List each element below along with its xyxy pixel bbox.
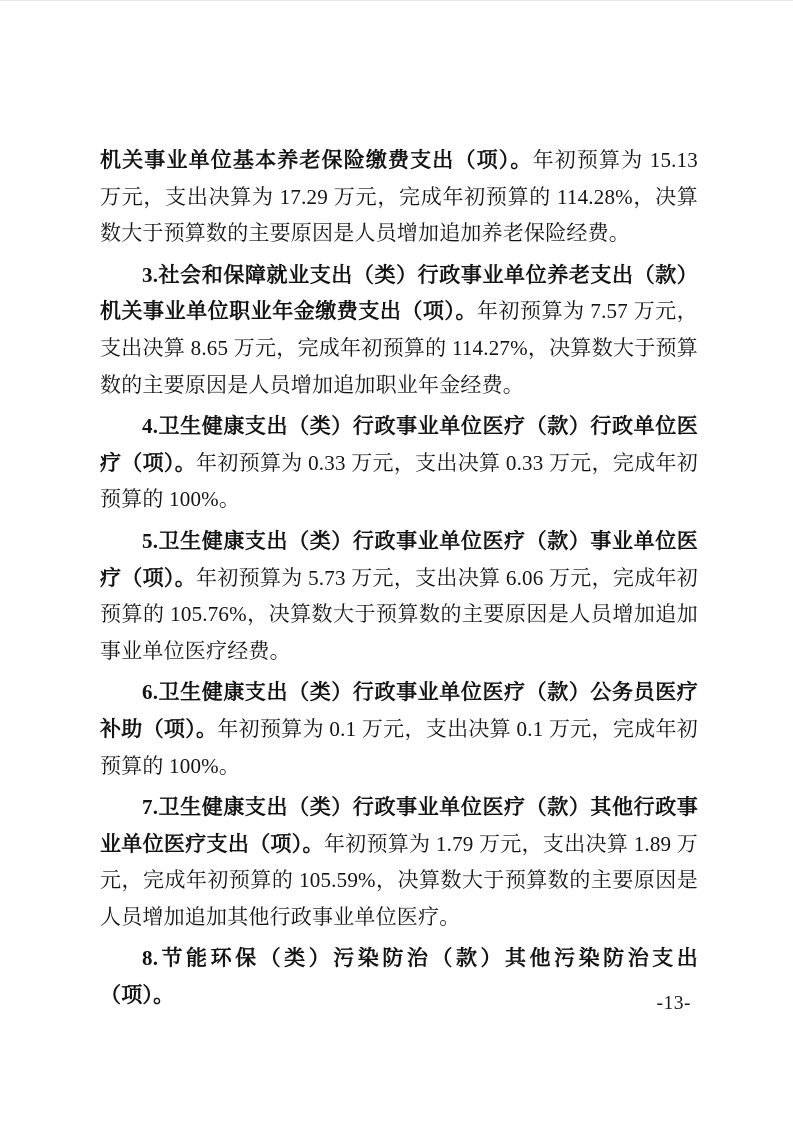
paragraph-item-6: 6.卫生健康支出（类）行政事业单位医疗（款）公务员医疗补助（项）。年初预算为 0… bbox=[100, 674, 698, 784]
document-text-block: 机关事业单位基本养老保险缴费支出（项）。年初预算为 15.13 万元，支出决算为… bbox=[100, 142, 698, 1014]
paragraph-item-7: 7.卫生健康支出（类）行政事业单位医疗（款）其他行政事业单位医疗支出（项）。年初… bbox=[100, 789, 698, 935]
paragraph-continuation: 机关事业单位基本养老保险缴费支出（项）。年初预算为 15.13 万元，支出决算为… bbox=[100, 142, 698, 252]
paragraph-heading: 8.节能环保（类）污染防治（款）其他污染防治支出（项）。 bbox=[100, 946, 698, 1007]
paragraph-heading: 机关事业单位基本养老保险缴费支出（项）。 bbox=[100, 148, 533, 172]
paragraph-item-3: 3.社会和保障就业支出（类）行政事业单位养老支出（款）机关事业单位职业年金缴费支… bbox=[100, 257, 698, 403]
page-number: -13- bbox=[657, 993, 692, 1015]
paragraph-item-8: 8.节能环保（类）污染防治（款）其他污染防治支出（项）。 bbox=[100, 940, 698, 1013]
paragraph-item-4: 4.卫生健康支出（类）行政事业单位医疗（款）行政单位医疗（项）。年初预算为 0.… bbox=[100, 408, 698, 518]
paragraph-item-5: 5.卫生健康支出（类）行政事业单位医疗（款）事业单位医疗（项）。年初预算为 5.… bbox=[100, 523, 698, 669]
document-page: { "page_number": "-13-", "document": { "… bbox=[0, 0, 793, 1122]
